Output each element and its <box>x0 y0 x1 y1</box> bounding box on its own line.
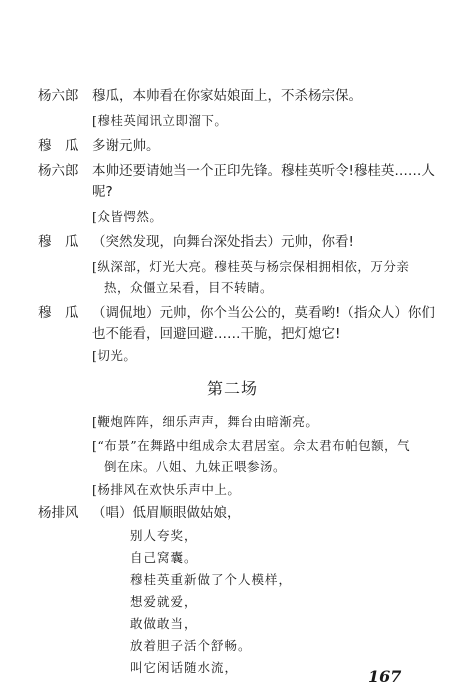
stage-direction: [纵深部，灯光大亮。穆桂英与杨宗保相拥相依，万分亲 <box>92 259 409 275</box>
song-line: 敢做敢当， <box>130 616 198 632</box>
speaker-yang-paifeng: 杨排风 <box>38 505 79 521</box>
speaker-mu-gua: 穆 瓜 <box>38 305 79 321</box>
book-page: 杨六郎 穆瓜，本帅看在你家姑娘面上，不杀杨宗保。 [穆桂英闻讯立即溜下。 穆 瓜… <box>0 0 465 690</box>
dialogue-continuation: 也不能看，回避回避……干脆，把灯熄它! <box>92 326 340 342</box>
dialogue-line: 多谢元帅。 <box>92 138 160 154</box>
page-number: 167 <box>368 667 401 686</box>
speaker-yang-liulang: 杨六郎 <box>38 163 79 179</box>
speaker-yang-liulang: 杨六郎 <box>38 88 79 104</box>
dialogue-line: （突然发现，向舞台深处指去）元帅，你看! <box>92 234 354 250</box>
song-line: 放着胆子活个舒畅。 <box>130 638 252 654</box>
song-line: 别人夸奖， <box>130 528 198 544</box>
sung-line: （唱）低眉顺眼做姑娘， <box>92 505 241 521</box>
scene-title: 第二场 <box>0 376 465 399</box>
dialogue-line: （调侃地）元帅，你个当公公的，莫看哟!（指众人）你们 <box>92 305 435 321</box>
stage-direction: [杨排风在欢快乐声中上。 <box>92 482 240 498</box>
speaker-mu-gua: 穆 瓜 <box>38 138 79 154</box>
stage-direction: [穆桂英闻讯立即溜下。 <box>92 113 227 129</box>
stage-direction-continuation: 热，众僵立呆看，目不转睛。 <box>104 280 273 296</box>
stage-direction: [众皆愕然。 <box>92 209 162 225</box>
stage-direction: [切光。 <box>92 348 136 364</box>
dialogue-continuation: 呢? <box>92 184 113 200</box>
dialogue-line: 本帅还要请她当一个正印先锋。穆桂英听令!穆桂英……人 <box>92 163 435 179</box>
song-line: 叫它闲话随水流， <box>130 660 238 676</box>
song-line: 自己窝囊。 <box>130 550 198 566</box>
song-line: 想爱就爱， <box>130 594 198 610</box>
song-line: 穆桂英重新做了个人模样， <box>130 572 292 588</box>
speaker-mu-gua: 穆 瓜 <box>38 234 79 250</box>
stage-direction-continuation: 倒在床。八姐、九妹正喂参汤。 <box>104 459 286 475</box>
stage-direction: [鞭炮阵阵，细乐声声，舞台由暗渐亮。 <box>92 414 318 430</box>
stage-direction: [“布景”在舞路中组成佘太君居室。佘太君布帕包额，气 <box>92 438 410 454</box>
dialogue-line: 穆瓜，本帅看在你家姑娘面上，不杀杨宗保。 <box>92 88 362 104</box>
